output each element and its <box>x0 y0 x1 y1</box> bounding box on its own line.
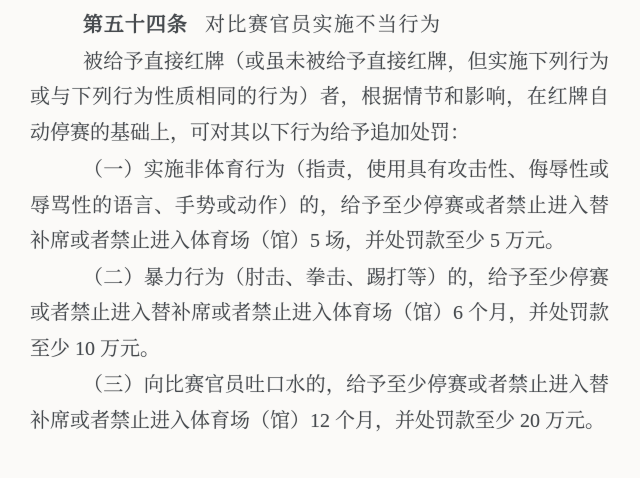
article-name: 对比赛官员实施不当行为 <box>205 14 442 36</box>
article-intro-paragraph: 被给予直接红牌（或虽未被给予直接红牌，但实施下列行为或与下列行为性质相同的行为）… <box>30 45 609 152</box>
clause-3: （三）向比赛官员吐口水的，给予至少停赛或者禁止进入替补席或者禁止进入体育场（馆）… <box>30 368 609 439</box>
article-number: 第五十四条 <box>83 14 188 36</box>
document-page: 第五十四条对比赛官员实施不当行为 被给予直接红牌（或虽未被给予直接红牌，但实施下… <box>0 0 640 478</box>
article-title: 第五十四条对比赛官员实施不当行为 <box>30 8 609 44</box>
clause-2: （二）暴力行为（肘击、拳击、踢打等）的，给予至少停赛或者禁止进入替补席或者禁止进… <box>30 261 609 368</box>
clause-1: （一）实施非体育行为（指责，使用具有攻击性、侮辱性或辱骂性的语言、手势或动作）的… <box>30 153 609 260</box>
